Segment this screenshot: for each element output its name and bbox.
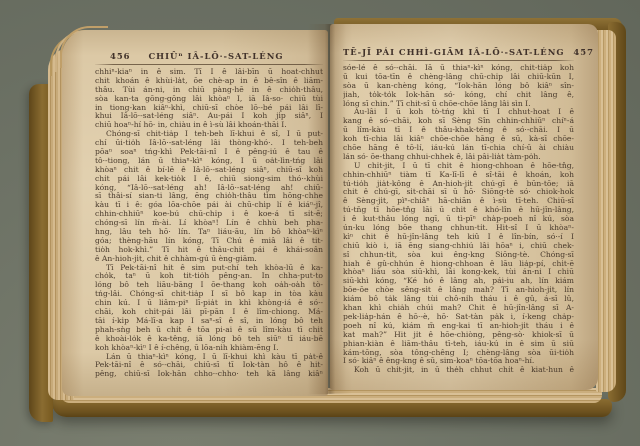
running-title: TĒ-JĪ PÁI CHHÌ-GIĀM IÂ-LŌ·-SAT-LÉNG: [343, 47, 565, 57]
text-line: hiah ê gû-chhún ê hiong-chhoan ê lāu lia…: [343, 260, 574, 269]
text-line: sî chhun-ti̍t, sòa kui êng-kng Siōng-tè.…: [343, 251, 574, 260]
text-line: kat mah?” Hit ji̍t ê hōe-chiòng, pêng-sò…: [343, 331, 574, 340]
text-line: chi̍t pái lâi kek-tio̍k I ê, chiū siong-…: [95, 175, 323, 184]
text-line: lóng bô teh liāu-bāng I ōe-thang koh oa̍…: [95, 281, 323, 290]
text-line: Koh ū chi̍t-ji̍t, in ū the̍h chhut chi̍t…: [343, 366, 574, 375]
text-line: kàu tī i ê: góa lōa-chōe pái ài chū-chi̍…: [95, 201, 323, 210]
text-line: poeh nî kú, kiám m̄ eng-kai tī an-hioh-j…: [343, 322, 574, 331]
text-line: chōe hāng ê tō-lí, iáu-kú lán tī-chia ch…: [343, 144, 574, 153]
text-line: cho̍k, taⁿ ū koh tit-tio̍h pêng-an. In c…: [95, 272, 323, 281]
text-line: kóng, “Iâ-lō·-sat-léng ah! Iâ-lō·-sat-lé…: [95, 184, 323, 193]
text-line: ū lîm-kàu tī I ê thâu-khak-téng ê só·-ch…: [343, 126, 574, 135]
text-line: chit khoán ê khùi-la̍t, ōe chè-ap in ê b…: [95, 77, 323, 86]
page-number: 456: [110, 50, 130, 62]
text-line: kám-tōng, sòa tông-chêng I; chèng-lâng s…: [343, 349, 574, 358]
text-line: pek-lia̍p-hán ê hō·-è, hō· Sat-tàn pa̍k …: [343, 313, 574, 322]
text-line: thâu. Tùi án-ni, in chiū pàng-hē in ê ch…: [95, 86, 323, 95]
text-line: Āu-lâi I ū koh tò-tńg khì tī I chhut-hoa…: [343, 108, 574, 117]
text-line: chit ê chú-gī, si̍t-chāi sī ū hō· Siōng-…: [343, 188, 574, 197]
text-line: ê An-hioh-ji̍t, chit ê chhàm-gú ū èng-gi…: [95, 255, 323, 264]
text-line: sòa ū kan-chèng kóng, “Iok-hān lóng bô k…: [343, 82, 574, 91]
text-line: chhiⁿ-kiaⁿ in ê sim. Tī I ê lâi-bīn ū ho…: [95, 68, 323, 77]
text-line: chhin-chhiūⁿ koe-bú chū-chi̍p i ê koe-á …: [95, 210, 323, 219]
left-page: 456 CHIÛⁿ IÂ-LŌ·-SAT-LÉNG chhiⁿ-kiaⁿ in …: [62, 30, 328, 396]
text-line: góa; thèng-hāu lín kóng, Tī Chú ê miâ lâ…: [95, 237, 323, 246]
text-line: tô·-tiong, lán ū thiaⁿ-kìⁿ kóng, I ū oa̍…: [95, 157, 323, 166]
open-book-photo: 456 CHIÛⁿ IÂ-LŌ·-SAT-LÉNG chhiⁿ-kiaⁿ in …: [0, 0, 640, 446]
text-line: khòaⁿ chit ê bí-lē ê Iâ-lō·-sat-léng siâ…: [95, 166, 323, 175]
text-line: hng, lâu teh hō· lín. Taⁿ liáu-āu, lín b…: [95, 228, 323, 237]
left-page-header: 456 CHIÛⁿ IÂ-LŌ·-SAT-LÉNG: [95, 50, 323, 62]
text-line: phian-kiàn ê liām-thâu tī-teh, iáu-kú in…: [343, 340, 574, 349]
text-line: kìⁿ chit ê hū-jîn-lâng teh kiû I ê lîn-b…: [343, 233, 574, 242]
left-page-body-text: chhiⁿ-kiaⁿ in ê sim. Tī I ê lâi-bīn ū ho…: [95, 68, 323, 379]
text-line: kang ê só·-chāi, koh sī Sèng Sîn chhin-c…: [343, 117, 574, 126]
left-page-text-column: 456 CHIÛⁿ IÂ-LŌ·-SAT-LÉNG chhiⁿ-kiaⁿ in …: [95, 50, 323, 379]
text-line: chin kú. I ū liâm-piⁿ lī-pia̍t in khì kh…: [95, 299, 323, 308]
text-line: ê Sèng-ji̍t, pìⁿ-chiâⁿ hā-chiān ê ì-sù t…: [343, 197, 574, 206]
text-line: chí ūi-tio̍h Iâ-lō·-sat-léng lâi thòng-k…: [95, 139, 323, 148]
text-line: Ū chi̍t-ji̍t, I ū tī chi̍t ê hiong-chhoa…: [343, 162, 574, 171]
page-stack-right-edge: [596, 30, 616, 392]
text-line: phah-sǹg beh ū chi̍t ê tōa pi-ai ê sū lî…: [95, 326, 323, 335]
text-line: in tiong-kan kiâⁿ-khì, chiū-sī chòe lō·-…: [95, 104, 323, 113]
text-line: khòaⁿ liáu sòa siū-khì, lâi kong-kek, tù…: [343, 268, 574, 277]
text-line: ū kui tōa-tīn ê chèng-lâng chū-chi̍p lâi…: [343, 73, 574, 82]
text-line: sī thâi-sí sian-ti lâng, ēng chio̍h-thâu…: [95, 192, 323, 201]
text-line: I só· kiâⁿ ê êng-kng ê sū, sim-koaⁿ tōa-…: [343, 357, 574, 366]
text-line: pōaⁿ soaⁿ tńg-khì Pek-tāi-nî I ê pêng-iú…: [95, 148, 323, 157]
text-line: khan khì chia̍h chúi mah? Chit ê hū-jîn-…: [343, 304, 574, 313]
text-line: sóe-lé ê só·-chāi. Iā ū thiaⁿ-kìⁿ kóng, …: [343, 64, 574, 73]
text-line: khui Iâ-lō·-sat-léng siâⁿ. Āu-pái I koh …: [95, 112, 323, 121]
text-line: tāi í-ki̍p Má-lī-a kap I saⁿ-sî ê sî, in…: [95, 317, 323, 326]
text-line: tńg-lâi. Chóng-sī chit-tia̍p I sī bô kap…: [95, 290, 323, 299]
text-line: Lán ū thiaⁿ-kìⁿ kóng, I ū lī-khui khì kà…: [95, 353, 323, 362]
text-line: chhin-chhiūⁿ tiàm tī Ka-lī-lī ê sî-tāi ê…: [343, 171, 574, 180]
text-line: lóng sī chin.” Tī chit-sî ū chōe-chōe lâ…: [343, 100, 574, 109]
text-line: ún-ku lóng bōe thang chhun-ti̍t. Hit-sî …: [343, 224, 574, 233]
text-line: lán só· ōe-thang chhui-chhek ê, lâi pâi-…: [343, 153, 574, 162]
text-line: kiám bô ta̍k lâng tùi chô-ni̍h tháu i ê …: [343, 295, 574, 304]
header-rule: [343, 60, 574, 61]
right-page-text-column: TĒ-JĪ PÁI CHHÌ-GIĀM IÂ-LŌ·-SAT-LÉNG 457 …: [343, 46, 574, 375]
text-line: chāi, koh chi̍t-pái lâi pī-pān I ê lîm-c…: [95, 308, 323, 317]
text-line: siū-khì kóng, “Ké hó ê lâng ah, pái-iu a…: [343, 277, 574, 286]
text-line: i ê kut-thâu lóng ngī, ū tì-pīⁿ cha̍p-po…: [343, 215, 574, 224]
text-line: chóng-sī lín m̄-ài. Lí khòaⁿ! Lín ê chhù…: [95, 219, 323, 228]
text-line: sòa kan-ta gōng-gōng lâi khòaⁿ I, iā Iâ-…: [95, 95, 323, 104]
text-line: Pek-tāi-nî ê só·-chāi, chiū-sī tī Iok-tà…: [95, 361, 323, 370]
text-line: tio̍h hok-khì.” Tī hit ê thâu-chi̍t pái …: [95, 246, 323, 255]
header-rule: [95, 64, 323, 65]
text-line: tú-tio̍h jia̍t-kông ê An-hioh-ji̍t chú-g…: [343, 180, 574, 189]
right-page-header: TĒ-JĪ PÁI CHHÌ-GIĀM IÂ-LŌ·-SAT-LÉNG 457: [343, 46, 574, 58]
right-page-body-text: sóe-lé ê só·-chāi. Iā ū thiaⁿ-kìⁿ kóng, …: [343, 64, 574, 375]
text-line: chiū kiò i, iā ēng siang-chhiú lâi hōaⁿ …: [343, 242, 574, 251]
text-line: koh tī-chia lâi kiâⁿ chōe-chōe hāng ê sū…: [343, 135, 574, 144]
text-line: Tī Pek-tāi-nî hit ê sim put-chí teh khòa…: [95, 264, 323, 273]
text-line: Chóng-sī chit-tia̍p I teh-beh lī-khui ê …: [95, 130, 323, 139]
text-line: koh khòaⁿ-kìⁿ I ê í-chêng, ū lōa-ni̍h kh…: [95, 344, 323, 353]
page-number: 457: [573, 47, 593, 57]
text-line: bōe-ōe chòe sêng-si̍t ê lâng mah? Tī an-…: [343, 286, 574, 295]
right-page: TĒ-JĪ PÁI CHHÌ-GIĀM IÂ-LŌ·-SAT-LÉNG 457 …: [330, 24, 598, 390]
text-line: chiū hoaⁿ-hí hō· in, chiàu in ê ì-sù lâi…: [95, 121, 323, 130]
text-line: ê khoài-lo̍k ê ka-têng, iā lóng bô teh s…: [95, 335, 323, 344]
text-line: tú-tn̄g tī hōe-tn̂g lāi ū chi̍t ê khó-lî…: [343, 206, 574, 215]
text-line: pêng, chiū-sī Iok-hān chho·-chho· teh kā…: [95, 370, 323, 379]
text-line: jiah, to̍k-to̍k Iok-hān só· kóng, chí ch…: [343, 91, 574, 100]
